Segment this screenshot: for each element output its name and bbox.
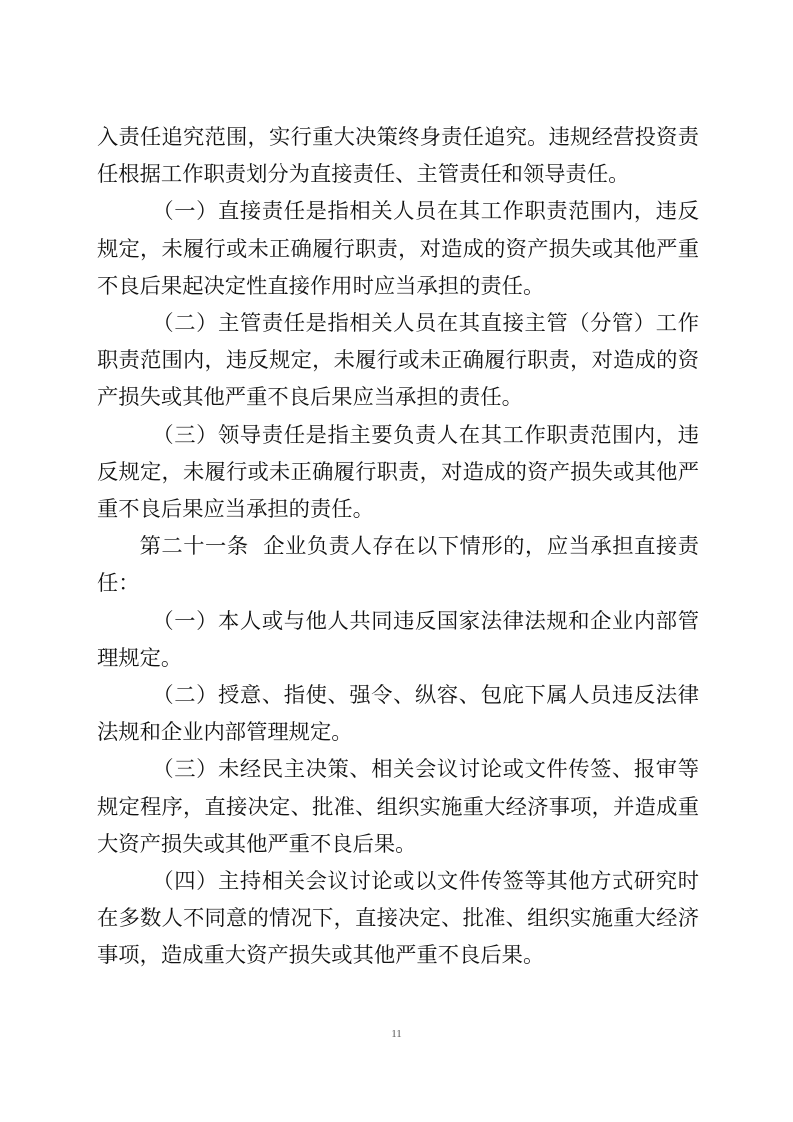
paragraph-direct-responsibility: （一）直接责任是指相关人员在其工作职责范围内，违反规定，未履行或未正确履行职责，… — [97, 193, 699, 305]
page-number: 11 — [0, 1028, 793, 1040]
paragraph-item-4: （四）主持相关会议讨论或以文件传签等其他方式研究时在多数人不同意的情况下，直接决… — [97, 863, 699, 975]
paragraph-article-21: 第二十一条 企业负责人存在以下情形的，应当承担直接责任： — [97, 528, 699, 602]
paragraph-leadership-responsibility: （三）领导责任是指主要负责人在其工作职责范围内，违反规定，未履行或未正确履行职责… — [97, 417, 699, 529]
paragraph-item-3: （三）未经民主决策、相关会议讨论或文件传签、报审等规定程序，直接决定、批准、组织… — [97, 751, 699, 863]
paragraph-continuation: 入责任追究范围，实行重大决策终身责任追究。违规经营投资责任根据工作职责划分为直接… — [97, 119, 699, 193]
paragraph-item-1: （一）本人或与他人共同违反国家法律法规和企业内部管理规定。 — [97, 603, 699, 677]
paragraph-item-2: （二）授意、指使、强令、纵容、包庇下属人员违反法律法规和企业内部管理规定。 — [97, 677, 699, 751]
document-page-body: 入责任追究范围，实行重大决策终身责任追究。违规经营投资责任根据工作职责划分为直接… — [97, 119, 699, 975]
paragraph-supervisory-responsibility: （二）主管责任是指相关人员在其直接主管（分管）工作职责范围内，违反规定，未履行或… — [97, 305, 699, 417]
